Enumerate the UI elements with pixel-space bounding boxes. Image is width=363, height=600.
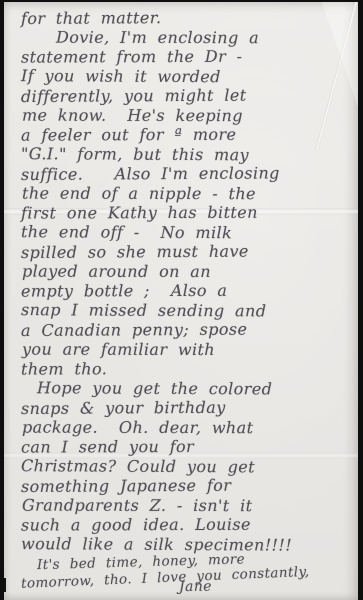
- letter-line: can I send you for: [21, 436, 350, 457]
- letter-line: Christmas? Could you get: [21, 456, 350, 477]
- letter-line: statement from the Dr -: [21, 46, 350, 67]
- letter-line: the end off - No milk: [21, 222, 350, 243]
- handwritten-letter-body: for that matter. Dovie, I'm enclosing a …: [4, 2, 358, 598]
- letter-line: such a good idea. Louise: [21, 514, 350, 535]
- letter-line: If you wish it worded: [21, 66, 350, 87]
- letter-line: first one Kathy has bitten: [21, 202, 350, 223]
- scan-edge-notch: [4, 578, 6, 592]
- letter-line: "G.I." form, but this may: [21, 144, 350, 165]
- letter-line: suffice. Also I'm enclosing: [21, 163, 350, 185]
- letter-line: the end of a nipple - the: [22, 183, 351, 203]
- letter-line: Grandparents Z. - isn't it: [22, 495, 351, 515]
- letter-line: for that matter.: [21, 7, 350, 29]
- letter-page: for that matter. Dovie, I'm enclosing a …: [4, 2, 358, 600]
- letter-line: snap I missed sending and: [21, 300, 350, 321]
- letter-line: a feeler out for ª more: [21, 124, 350, 145]
- letter-line: me know. He's keeping: [22, 105, 351, 125]
- letter-line: Hope you get the colored: [21, 378, 350, 399]
- letter-line: Dovie, I'm enclosing a: [22, 27, 351, 47]
- letter-line: something Japanese for: [21, 475, 350, 497]
- letter-line: spilled so she must have: [21, 241, 350, 263]
- letter-line: snaps & your birthday: [21, 397, 350, 419]
- letter-line: a Canadian penny; spose: [21, 319, 350, 341]
- letter-line: differently, you might let: [21, 85, 350, 107]
- letter-line: played around on an: [22, 261, 351, 281]
- scanned-letter-image: for that matter. Dovie, I'm enclosing a …: [0, 0, 363, 600]
- letter-line: you are familiar with: [22, 339, 351, 359]
- letter-line: empty bottle ; Also a: [21, 280, 350, 301]
- letter-line: them tho.: [21, 358, 350, 379]
- letter-line: package. Oh. dear, what: [22, 417, 351, 437]
